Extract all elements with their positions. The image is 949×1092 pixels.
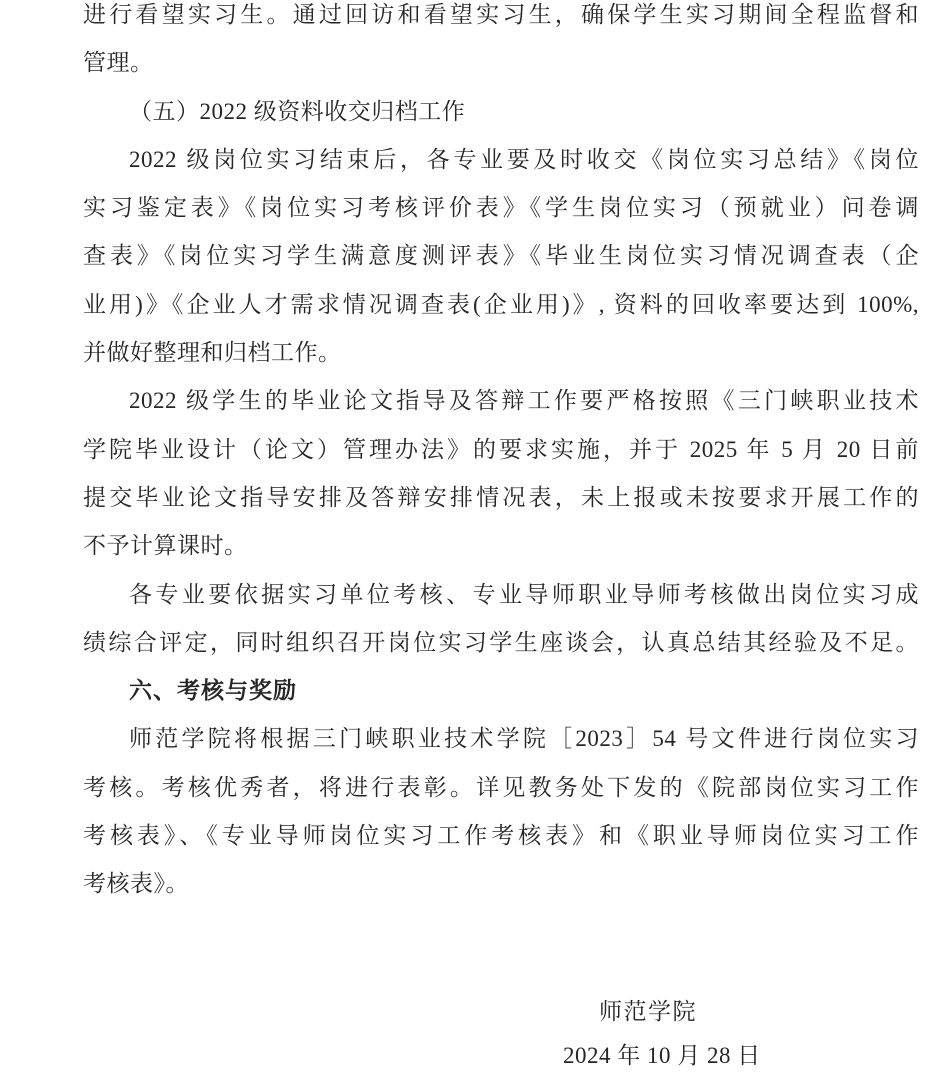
document-line: 不予计算课时。: [83, 522, 919, 570]
document-page: 进行看望实习生。通过回访和看望实习生，确保学生实习期间全程监督和管理。（五）20…: [0, 0, 949, 1092]
document-line: 2022 级学生的毕业论文指导及答辩工作要严格按照《三门峡职业技术: [83, 377, 919, 425]
document-line: 六、考核与奖励: [83, 667, 919, 715]
document-line: 考核。考核优秀者，将进行表彰。详见教务处下发的《院部岗位实习工作: [83, 764, 919, 812]
document-line: 各专业要依据实习单位考核、专业导师职业导师考核做出岗位实习成: [83, 571, 919, 619]
document-line: 学院毕业设计（论文）管理办法》的要求实施，并于 2025 年 5 月 20 日前: [83, 426, 919, 474]
document-body: 进行看望实习生。通过回访和看望实习生，确保学生实习期间全程监督和管理。（五）20…: [83, 0, 919, 909]
document-line: 提交毕业论文指导安排及答辩安排情况表，未上报或未按要求开展工作的: [83, 474, 919, 522]
document-line: 实习鉴定表》《岗位实习考核评价表》《学生岗位实习（预就业）问卷调: [83, 184, 919, 232]
signature-org: 师范学院: [599, 997, 697, 1027]
document-line: 考核表》。: [83, 860, 919, 908]
document-line: 管理。: [83, 39, 919, 87]
document-line: 并做好整理和归档工作。: [83, 329, 919, 377]
document-line: 进行看望实习生。通过回访和看望实习生，确保学生实习期间全程监督和: [83, 0, 919, 39]
document-line: 考核表》、《专业导师岗位实习工作考核表》和《职业导师岗位实习工作: [83, 812, 919, 860]
document-line: 查表》《岗位实习学生满意度测评表》《毕业生岗位实习情况调查表（企: [83, 232, 919, 280]
document-line: 绩综合评定，同时组织召开岗位实习学生座谈会，认真总结其经验及不足。: [83, 619, 919, 667]
document-line: 2022 级岗位实习结束后，各专业要及时收交《岗位实习总结》《岗位: [83, 136, 919, 184]
document-line: 师范学院将根据三门峡职业技术学院［2023］54 号文件进行岗位实习: [83, 715, 919, 763]
document-line: （五）2022 级资料收交归档工作: [83, 88, 919, 136]
document-line: 业用)》《企业人才需求情况调查表(企业用)》, 资料的回收率要达到 100%,: [83, 281, 919, 329]
signature-date: 2024 年 10 月 28 日: [563, 1041, 761, 1071]
